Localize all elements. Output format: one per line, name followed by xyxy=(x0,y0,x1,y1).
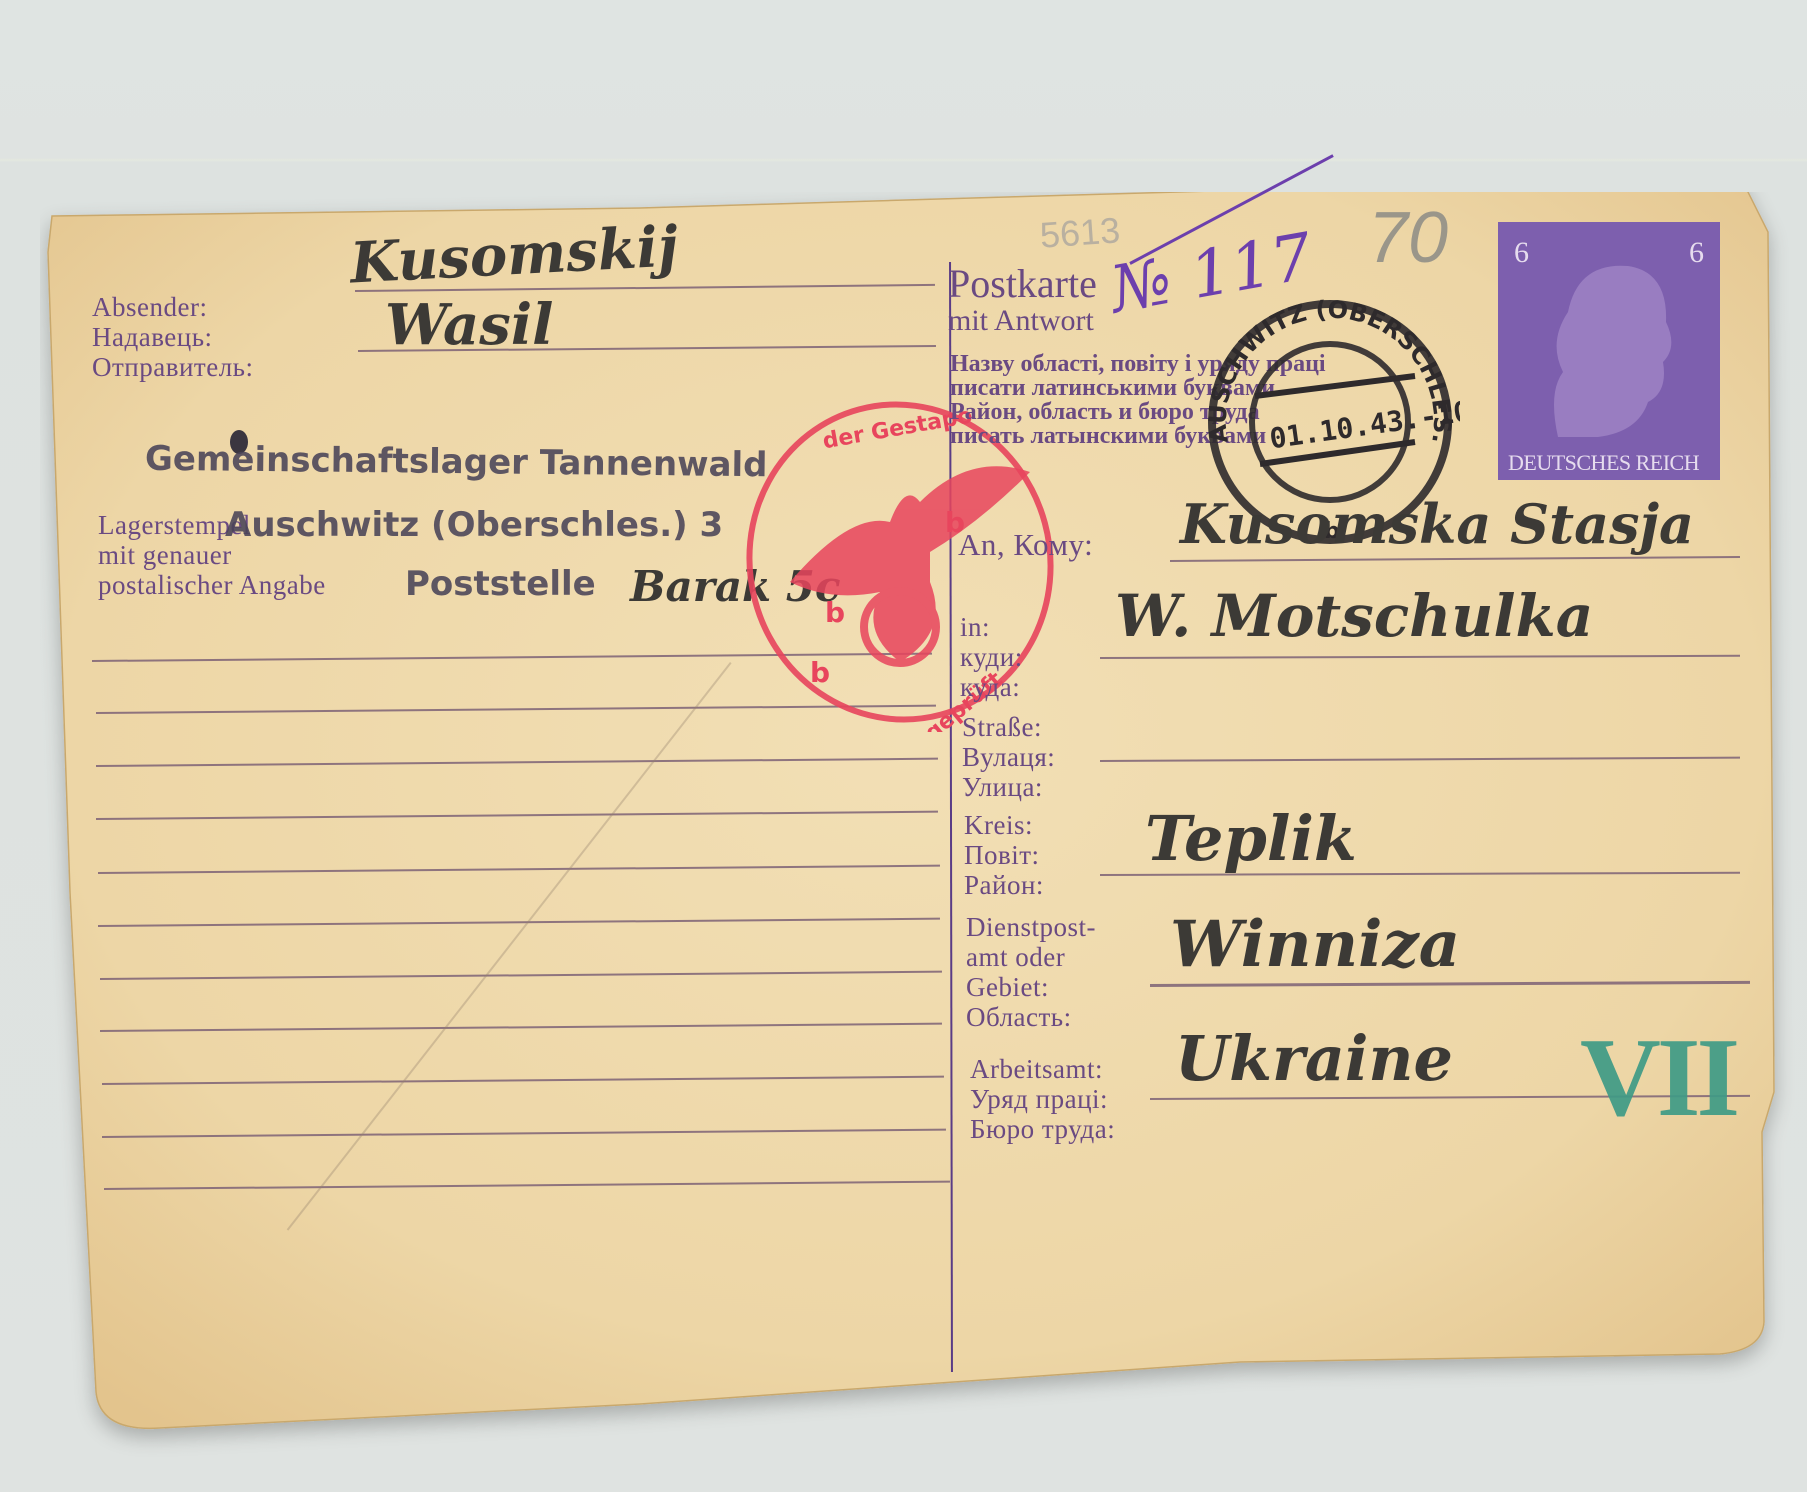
recipient-region: Winniza xyxy=(1170,907,1460,982)
region-label-1: Dienstpost- xyxy=(966,912,1096,942)
camp-stamp-line2: Auschwitz (Oberschles.) 3 xyxy=(225,505,723,545)
in-label-uk: куди: xyxy=(960,642,1023,672)
district-label-de: Kreis: xyxy=(964,810,1044,840)
sender-label-ru: Отправитель: xyxy=(92,352,254,382)
in-labels: in: куди: куда: xyxy=(960,612,1023,702)
postcard: Absender: Надавець: Отправитель: Kusomsk… xyxy=(40,192,1800,1462)
region-label-3: Gebiet: xyxy=(966,972,1096,1002)
in-label-ru: куда: xyxy=(960,672,1023,702)
pencil-number: 5613 xyxy=(1039,209,1122,256)
labor-label-ru: Бюро труда: xyxy=(970,1114,1115,1144)
to-label: An, Кому: xyxy=(958,530,1093,560)
svg-text:b: b xyxy=(810,656,830,689)
sender-label-de: Absender: xyxy=(92,292,254,322)
street-label-ru: Улица: xyxy=(962,772,1055,802)
region-label-2: amt oder xyxy=(966,942,1096,972)
district-labels: Kreis: Повіт: Район: xyxy=(964,810,1044,900)
postage-stamp: 6 6 DEUTSCHES REICH xyxy=(1498,222,1720,480)
recipient-name: Kusomska Stasja xyxy=(1180,492,1694,556)
sender-label-uk: Надавець: xyxy=(92,322,254,352)
censor-letter-1: b xyxy=(825,596,845,629)
sender-given-name: Wasil xyxy=(385,292,553,358)
labor-label-uk: Уряд праці: xyxy=(970,1084,1115,1114)
pencil-70: 70 xyxy=(1368,197,1448,279)
district-label-uk: Повіт: xyxy=(964,840,1044,870)
street-labels: Straße: Вулаця: Улица: xyxy=(962,712,1055,802)
camp-stamp-line1: Gemeinschaftslager Tannenwald xyxy=(145,439,768,486)
labor-office-labels: Arbeitsamt: Уряд праці: Бюро труда: xyxy=(970,1054,1115,1144)
district-label-ru: Район: xyxy=(964,870,1044,900)
postcard-subtitle: mit Antwort xyxy=(948,304,1094,338)
recipient-labor-office: Ukraine xyxy=(1175,1022,1453,1095)
portrait-icon xyxy=(1538,252,1688,442)
region-labels: Dienstpost- amt oder Gebiet: Область: xyxy=(966,912,1096,1032)
recipient-district: Teplik xyxy=(1145,802,1357,875)
roman-numeral-stamp: VII xyxy=(1580,1014,1736,1143)
street-label-uk: Вулаця: xyxy=(962,742,1055,772)
recipient-place: W. Motschulka xyxy=(1115,582,1593,650)
region-label-4: Область: xyxy=(966,1002,1096,1032)
postcard-title: Postkarte xyxy=(948,260,1097,307)
camp-stamp-line3: Poststelle xyxy=(405,564,596,604)
stamp-inscription: DEUTSCHES REICH xyxy=(1508,450,1699,476)
stamp-value-right: 6 xyxy=(1689,236,1704,270)
labor-label-de: Arbeitsamt: xyxy=(970,1054,1115,1084)
stamp-value-left: 6 xyxy=(1514,236,1529,270)
sender-labels: Absender: Надавець: Отправитель: xyxy=(92,292,254,382)
in-label-de: in: xyxy=(960,612,1023,642)
street-label-de: Straße: xyxy=(962,712,1055,742)
camp-label-3: postalischer Angabe xyxy=(98,570,326,600)
